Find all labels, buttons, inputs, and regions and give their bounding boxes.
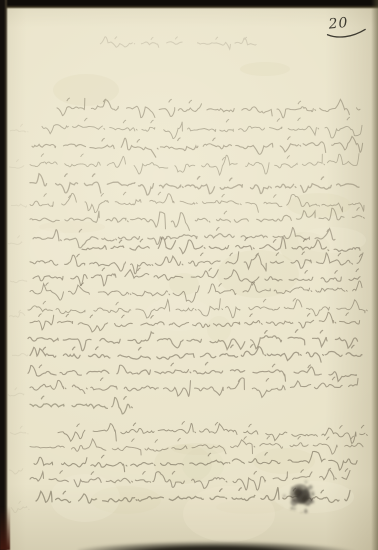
- scan-edge-top: [0, 0, 378, 9]
- scan-edge-left: [0, 0, 8, 550]
- margin-bleedthrough: [8, 124, 29, 512]
- scan-edge-right-shadow: [371, 0, 378, 550]
- scan-corner-bottom-left: [0, 506, 10, 550]
- handwriting-layer: [0, 0, 378, 550]
- folio-number: 20: [324, 13, 370, 43]
- manuscript-scan: 20: [0, 0, 378, 550]
- header-annotation-faded: [100, 37, 257, 50]
- scan-shadow-bottom: [78, 540, 378, 550]
